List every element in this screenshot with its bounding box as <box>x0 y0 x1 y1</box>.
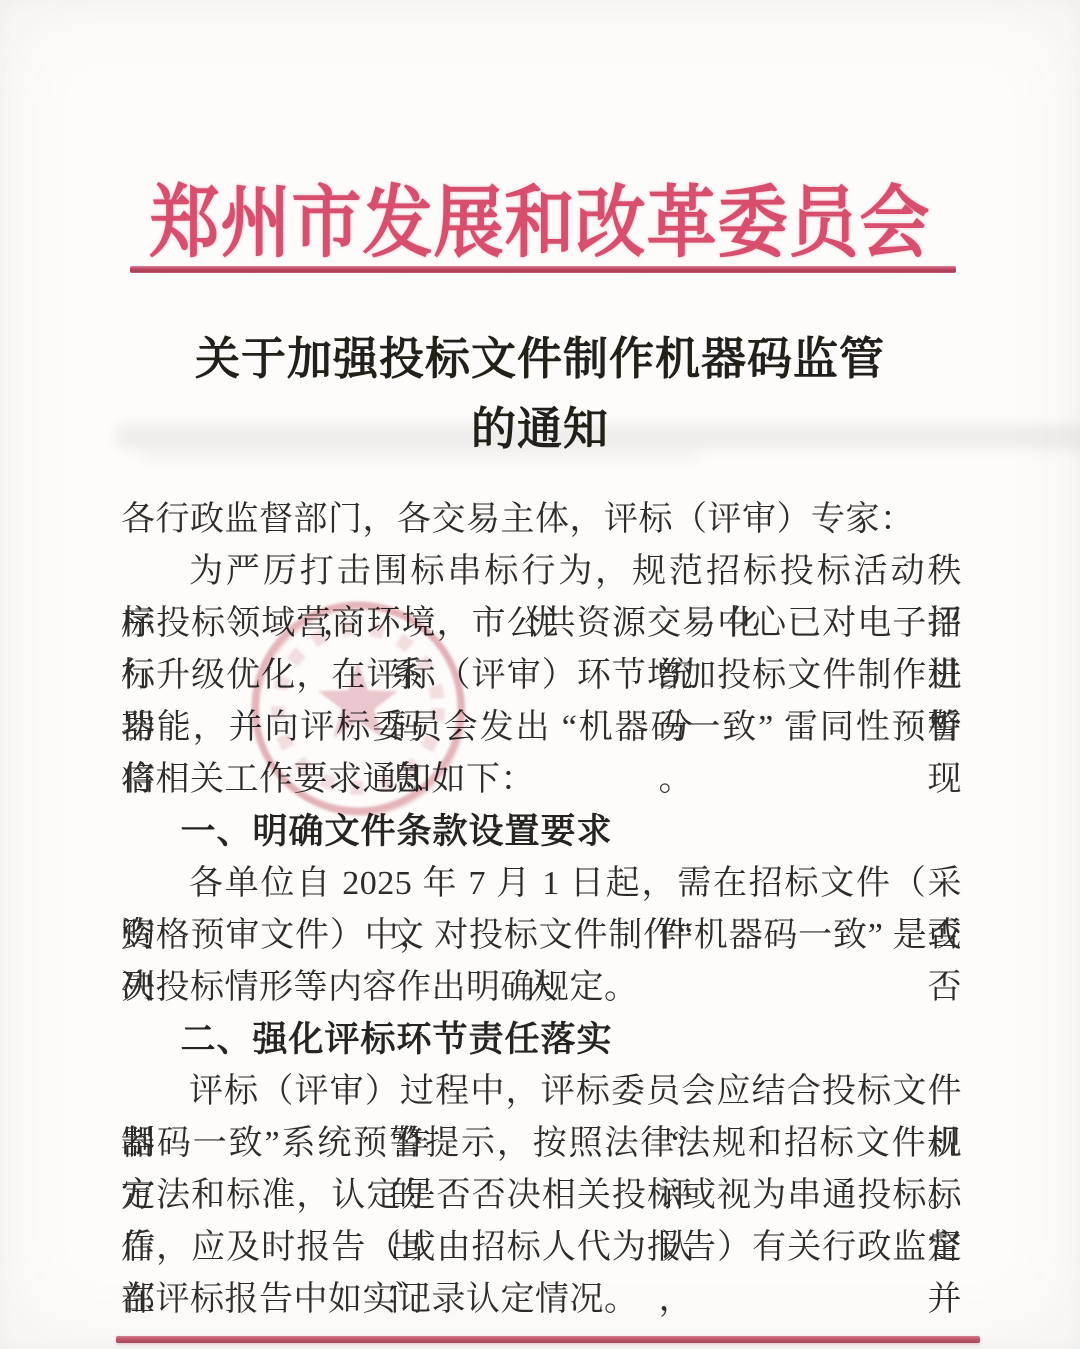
document-line: 评标（评审）过程中，评标委员会应结合投标文件制作“机 <box>121 1066 962 1118</box>
document-line: 行升级优化，在评标（评审）环节增加投标文件制作机器码分析 <box>121 650 962 702</box>
scanned-notice-page: 郑州市发展和改革委员会 关于加强投标文件制作机器码监管 的通知 各行政监督部门，… <box>0 0 1080 1349</box>
letterhead-agency-name: 郑州市发展和改革委员会 <box>0 160 1080 273</box>
document-line: 一、明确文件条款设置要求 <box>121 806 962 858</box>
document-body: 各行政监督部门，各交易主体，评标（评审）专家：为严厉打击围标串标行为，规范招标投… <box>121 494 962 1326</box>
document-line: 功能，并向评标委员会发出 “机器码一致” 雷同性预警信息。现 <box>121 702 962 754</box>
document-line: 资格预审文件）中，对投标文件制作“机器码一致” 是否列入否 <box>121 910 962 962</box>
document-line: 方法和标准，认定是否否决相关投标或视为串通投标。作出认定 <box>121 1170 962 1222</box>
document-title-line2: 的通知 <box>0 394 1080 464</box>
document-line: 各行政监督部门，各交易主体，评标（评审）专家： <box>121 494 962 546</box>
document-title-line1: 关于加强投标文件制作机器码监管 <box>0 324 1080 394</box>
document-line: 后，应及时报告（或由招标人代为报告）有关行政监督部门，并 <box>121 1222 962 1274</box>
document-line: 各单位自 2025 年 7 月 1 日起，需在招标文件（采购文件或 <box>121 858 962 910</box>
document-line: 为严厉打击围标串标行为，规范招标投标活动秩序，优化招 <box>121 546 962 598</box>
letterhead-rule <box>130 266 956 273</box>
document-title: 关于加强投标文件制作机器码监管 的通知 <box>0 324 1080 464</box>
bottom-page-rule <box>116 1336 980 1343</box>
document-line: 器码一致”系统预警提示，按照法律法规和招标文件规定的评标 <box>121 1118 962 1170</box>
document-line: 二、强化评标环节责任落实 <box>121 1014 962 1066</box>
document-line: 标投标领域营商环境，市公共资源交易中心已对电子评标系统进 <box>121 598 962 650</box>
